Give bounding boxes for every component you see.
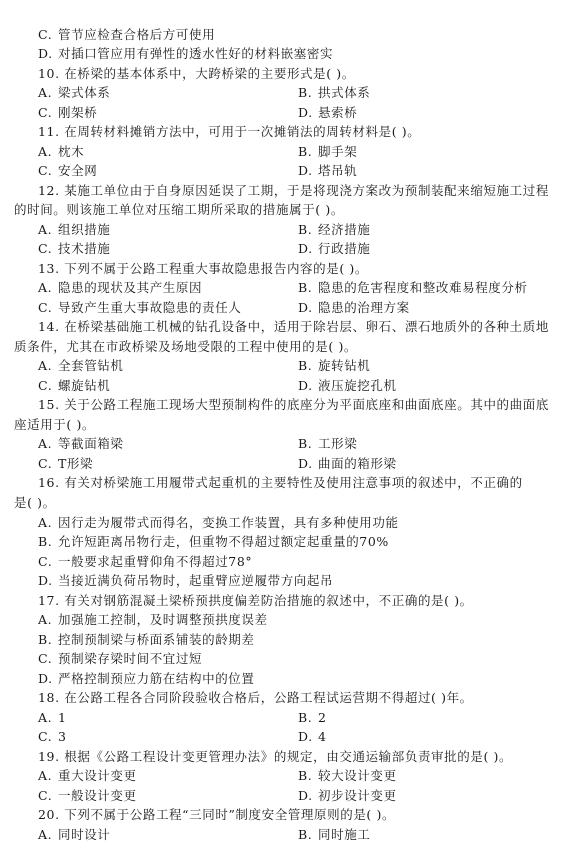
answer-option-left: A.1: [38, 708, 67, 727]
answer-option-left: C.螺旋钻机: [38, 376, 110, 395]
question-stem-continuation: 座适用于( )。: [14, 415, 95, 434]
answer-option: D.严格控制预应力筋在结构中的位置: [38, 669, 255, 688]
answer-option-left: C.安全网: [38, 161, 97, 180]
question-stem: 18. 在公路工程各合同阶段验收合格后，公路工程试运营期不得超过( )年。: [38, 688, 473, 707]
answer-option-left: C.导致产生重大事故隐患的责任人: [38, 298, 241, 317]
option-text: 经济措施: [318, 222, 370, 237]
answer-option-left: A.枕木: [38, 142, 84, 161]
option-text: 允许短距离吊物行走，但重物不得超过额定起重量的70%: [58, 534, 389, 549]
answer-option-right: B.拱式体系: [298, 83, 370, 102]
option-text: 隐患的治理方案: [318, 300, 410, 315]
question-stem: 14. 在桥梁基础施工机械的钻孔设备中，适用于除岩层、卵石、漂石地质外的各种土质…: [38, 317, 549, 336]
option-text: 枕木: [58, 144, 84, 159]
answer-option-right: D.塔吊轨: [298, 161, 357, 180]
option-text: 初步设计变更: [318, 788, 397, 803]
option-text: 较大设计变更: [318, 768, 397, 783]
answer-option-right: D.初步设计变更: [298, 786, 397, 805]
question-stem: 13. 下列不属于公路工程重大事故隐患报告内容的是( )。: [38, 259, 368, 278]
question-stem-continuation: 是( )。: [14, 493, 56, 512]
option-key: A.: [38, 766, 58, 785]
option-key: B.: [298, 142, 318, 161]
option-key: B.: [298, 708, 318, 727]
option-key: A.: [38, 434, 58, 453]
answer-option: C.预制梁存梁时间不宜过短: [38, 649, 202, 668]
option-text: 隐患的危害程度和整改难易程度分析: [318, 280, 528, 295]
option-text: 曲面的箱形梁: [318, 456, 397, 471]
option-key: D.: [298, 239, 318, 258]
option-key: C.: [38, 25, 58, 44]
answer-option-left: A.隐患的现状及其产生原因: [38, 278, 202, 297]
option-key: B.: [298, 83, 318, 102]
answer-option: C.一般要求起重臂仰角不得超过78°: [38, 552, 252, 571]
answer-option-right: B.隐患的危害程度和整改难易程度分析: [298, 278, 528, 297]
option-text: 3: [58, 729, 67, 744]
option-key: B.: [298, 278, 318, 297]
option-key: D.: [298, 298, 318, 317]
answer-option-right: D.液压旋挖孔机: [298, 376, 397, 395]
option-key: C.: [38, 239, 58, 258]
option-text: 脚手架: [318, 144, 357, 159]
exam-page: C.管节应检查合格后方可使用D.对插口管应用有弹性的透水性好的材料嵌塞密实10.…: [0, 0, 580, 847]
answer-option-left: A.同时设计: [38, 825, 110, 844]
answer-option: B.允许短距离吊物行走，但重物不得超过额定起重量的70%: [38, 532, 389, 551]
question-stem: 16. 有关对桥梁施工用履带式起重机的主要特性及使用注意事项的叙述中，不正确的: [38, 473, 523, 492]
option-key: D.: [298, 454, 318, 473]
option-key: A.: [38, 825, 58, 844]
answer-option-right: B.2: [298, 708, 327, 727]
option-key: C.: [38, 727, 58, 746]
option-key: C.: [38, 103, 58, 122]
option-key: C.: [38, 454, 58, 473]
answer-option-left: A.组织措施: [38, 220, 110, 239]
answer-option-left: C.一般设计变更: [38, 786, 137, 805]
question-stem-continuation: 质条件，尤其在市政桥梁及场地受限的工程中使用的是( )。: [14, 337, 357, 356]
answer-option-left: A.重大设计变更: [38, 766, 137, 785]
answer-option-right: D.隐患的治理方案: [298, 298, 410, 317]
option-key: B.: [38, 532, 58, 551]
option-key: A.: [38, 708, 58, 727]
option-text: 预制梁存梁时间不宜过短: [58, 651, 202, 666]
answer-option-left: C.T形梁: [38, 454, 93, 473]
option-text: 同时施工: [318, 827, 370, 842]
answer-option: D.对插口管应用有弹性的透水性好的材料嵌塞密实: [38, 44, 333, 63]
option-key: B.: [298, 766, 318, 785]
answer-option-right: B.旋转钻机: [298, 356, 370, 375]
option-key: B.: [298, 356, 318, 375]
option-text: 重大设计变更: [58, 768, 137, 783]
option-text: 组织措施: [58, 222, 110, 237]
option-key: D.: [38, 44, 58, 63]
answer-option-left: C.技术措施: [38, 239, 110, 258]
question-stem: 12. 某施工单位由于自身原因延误了工期，于是将现浇方案改为预制装配来缩短施工过…: [38, 181, 549, 200]
question-stem: 17. 有关对钢筋混凝土梁桥预拱度偏差防治措施的叙述中，不正确的是( )。: [38, 591, 473, 610]
question-stem: 19. 根据《公路工程设计变更管理办法》的规定，由交通运输部负责审批的是( )。: [38, 747, 512, 766]
answer-option-right: D.4: [298, 727, 327, 746]
option-text: 刚架桥: [58, 105, 97, 120]
option-key: A.: [38, 356, 58, 375]
option-key: B.: [298, 220, 318, 239]
question-stem: 10. 在桥梁的基本体系中，大跨桥梁的主要形式是( )。: [38, 64, 355, 83]
option-key: D.: [298, 727, 318, 746]
option-text: 行政措施: [318, 241, 370, 256]
option-text: 技术措施: [58, 241, 110, 256]
option-text: 塔吊轨: [318, 163, 357, 178]
answer-option-left: A.梁式体系: [38, 83, 110, 102]
option-text: 当接近满负荷吊物时，起重臂应逆履带方向起吊: [58, 573, 333, 588]
option-key: B.: [38, 630, 58, 649]
answer-option: B.控制预制梁与桥面系铺装的龄期差: [38, 630, 255, 649]
question-stem-continuation: 的时间。则该施工单位对压缩工期所采取的措施属于( )。: [14, 200, 344, 219]
option-text: 一般设计变更: [58, 788, 137, 803]
option-key: A.: [38, 83, 58, 102]
answer-option-right: B.工形梁: [298, 434, 357, 453]
option-key: A.: [38, 142, 58, 161]
option-key: A.: [38, 610, 58, 629]
question-stem: 11. 在周转材料摊销方法中，可用于一次摊销法的周转材料是( )。: [38, 122, 420, 141]
answer-option-right: D.行政措施: [298, 239, 370, 258]
option-key: C.: [38, 552, 58, 571]
answer-option: D.当接近满负荷吊物时，起重臂应逆履带方向起吊: [38, 571, 333, 590]
option-text: 对插口管应用有弹性的透水性好的材料嵌塞密实: [58, 46, 333, 61]
option-text: 安全网: [58, 163, 97, 178]
question-stem: 15. 关于公路工程施工现场大型预制构件的底座分为平面底座和曲面底座。其中的曲面…: [38, 395, 549, 414]
answer-option-right: B.经济措施: [298, 220, 370, 239]
option-text: 控制预制梁与桥面系铺装的龄期差: [58, 632, 255, 647]
option-key: B.: [298, 825, 318, 844]
option-key: B.: [298, 434, 318, 453]
answer-option-left: C.刚架桥: [38, 103, 97, 122]
option-key: D.: [298, 161, 318, 180]
answer-option: A.加强施工控制，及时调整预拱度误差: [38, 610, 268, 629]
question-stem: 20. 下列不属于公路工程“三同时”制度安全管理原则的是( )。: [38, 805, 395, 824]
option-text: 螺旋钻机: [58, 378, 110, 393]
answer-option-left: A.全套管钻机: [38, 356, 124, 375]
answer-option-right: B.脚手架: [298, 142, 357, 161]
option-text: 严格控制预应力筋在结构中的位置: [58, 671, 255, 686]
option-text: 悬索桥: [318, 105, 357, 120]
option-key: A.: [38, 513, 58, 532]
option-text: 梁式体系: [58, 85, 110, 100]
option-key: C.: [38, 649, 58, 668]
option-text: 4: [318, 729, 327, 744]
option-text: 导致产生重大事故隐患的责任人: [58, 300, 241, 315]
option-text: 2: [318, 710, 327, 725]
option-key: C.: [38, 786, 58, 805]
option-key: A.: [38, 278, 58, 297]
option-text: 等截面箱梁: [58, 436, 124, 451]
option-text: 1: [58, 710, 67, 725]
answer-option: A.因行走为履带式而得名，变换工作装置，具有多种使用功能: [38, 513, 399, 532]
option-key: A.: [38, 220, 58, 239]
option-text: 隐患的现状及其产生原因: [58, 280, 202, 295]
option-text: 因行走为履带式而得名，变换工作装置，具有多种使用功能: [58, 515, 399, 530]
option-text: 旋转钻机: [318, 358, 370, 373]
option-key: D.: [298, 786, 318, 805]
option-key: C.: [38, 376, 58, 395]
answer-option-left: A.等截面箱梁: [38, 434, 124, 453]
answer-option-right: D.悬索桥: [298, 103, 357, 122]
option-key: C.: [38, 161, 58, 180]
option-text: 拱式体系: [318, 85, 370, 100]
option-text: 同时设计: [58, 827, 110, 842]
option-key: D.: [298, 103, 318, 122]
option-key: D.: [298, 376, 318, 395]
option-text: 管节应检查合格后方可使用: [58, 27, 215, 42]
option-key: C.: [38, 298, 58, 317]
option-text: 一般要求起重臂仰角不得超过78°: [58, 554, 252, 569]
option-text: 全套管钻机: [58, 358, 124, 373]
answer-option-right: B.较大设计变更: [298, 766, 397, 785]
option-key: D.: [38, 669, 58, 688]
option-text: 工形梁: [318, 436, 357, 451]
option-text: 液压旋挖孔机: [318, 378, 397, 393]
answer-option-left: C.3: [38, 727, 67, 746]
answer-option: C.管节应检查合格后方可使用: [38, 25, 215, 44]
option-key: D.: [38, 571, 58, 590]
option-text: T形梁: [58, 456, 93, 471]
answer-option-right: D.曲面的箱形梁: [298, 454, 397, 473]
answer-option-right: B.同时施工: [298, 825, 370, 844]
option-text: 加强施工控制，及时调整预拱度误差: [58, 612, 268, 627]
